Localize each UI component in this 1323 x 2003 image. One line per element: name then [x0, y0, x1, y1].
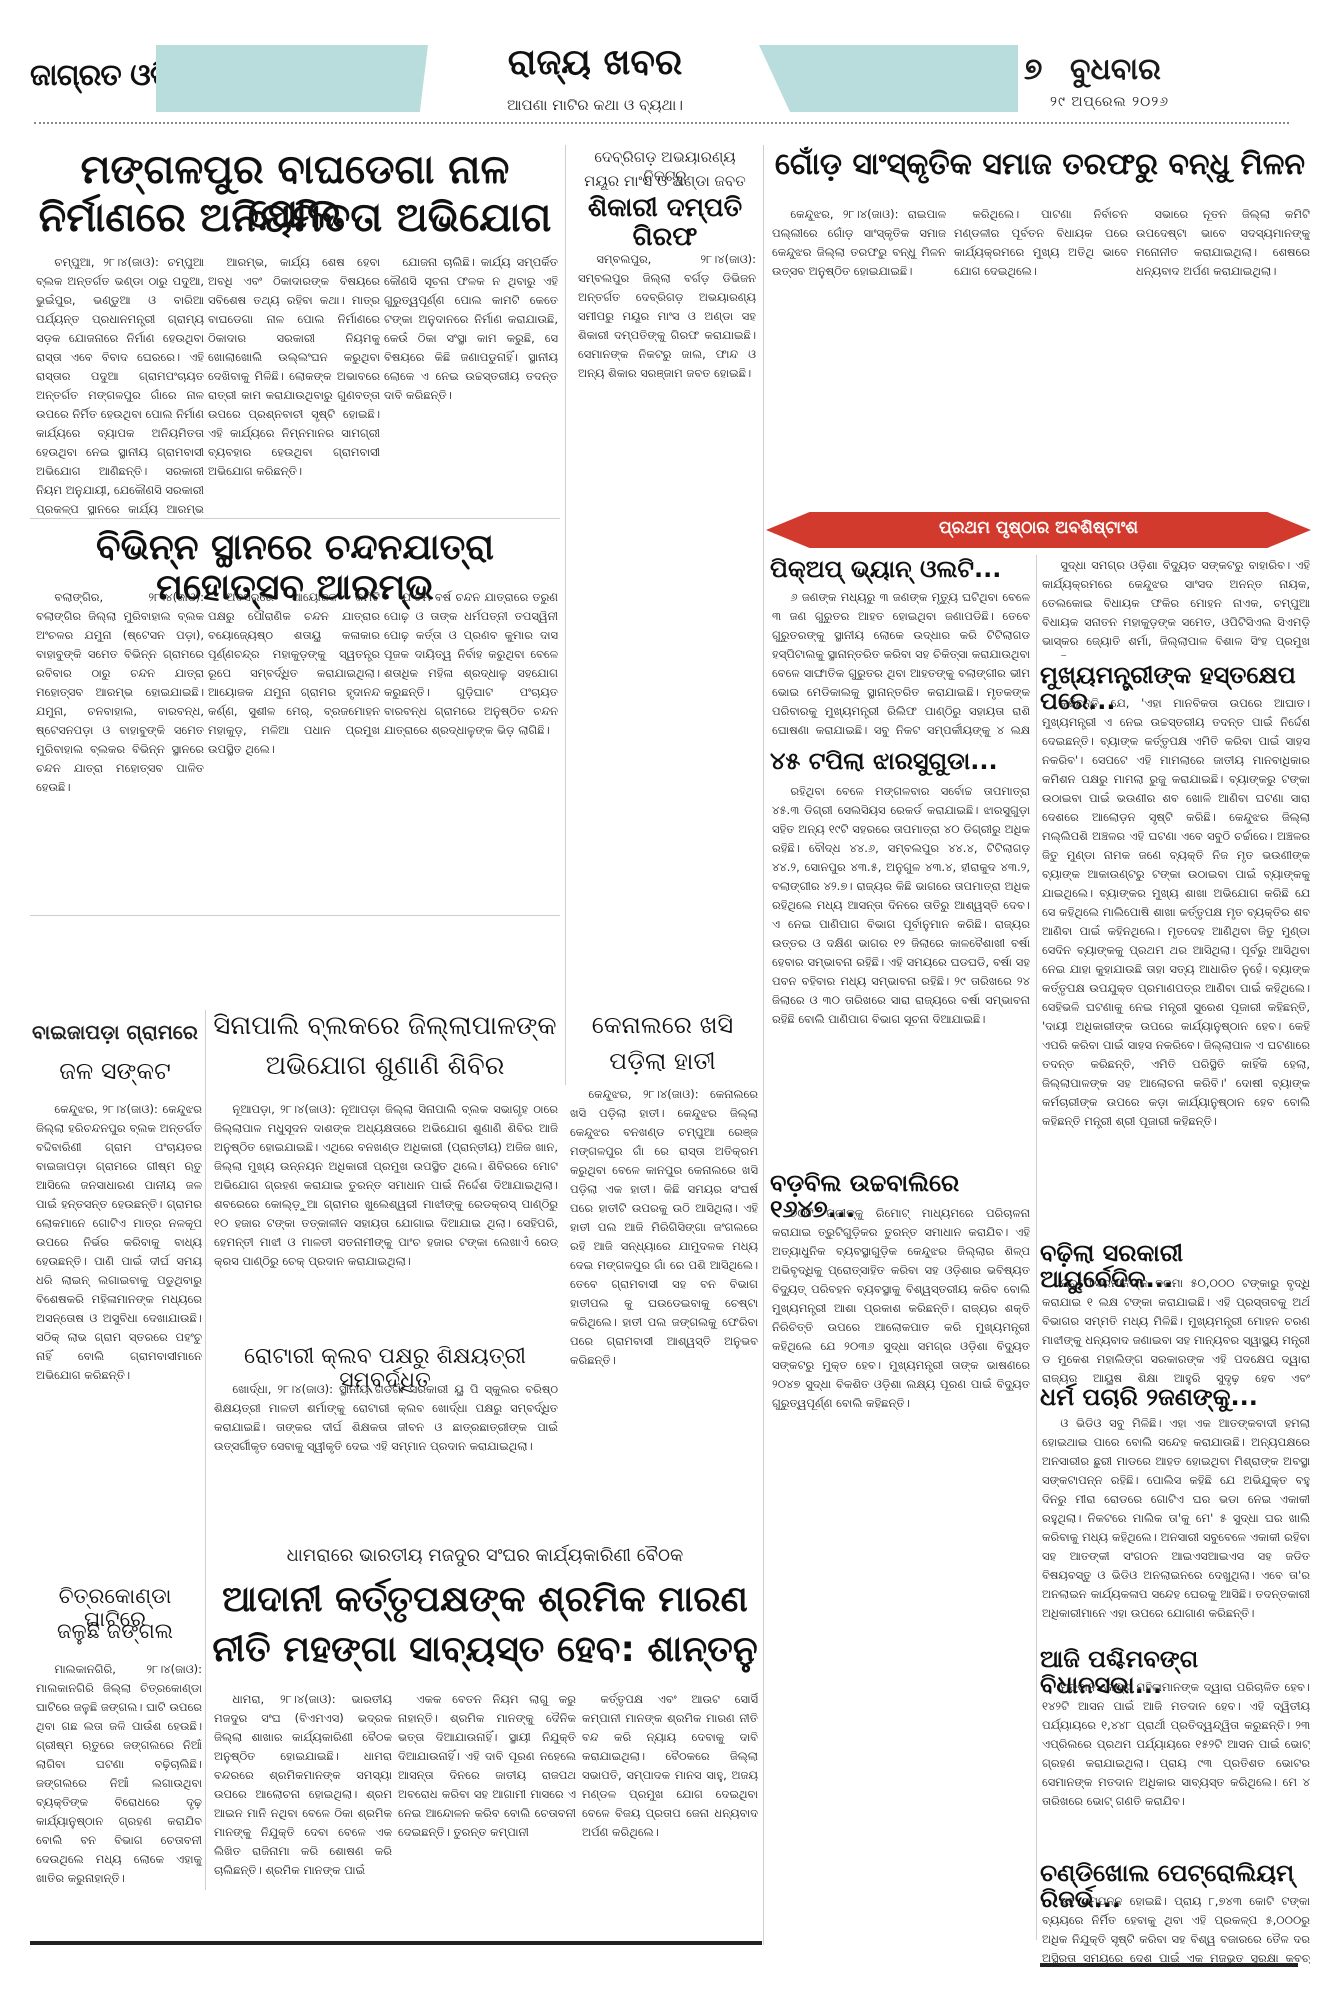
continued-title-religion-attack: ଧର୍ମ ପଚାରି ୨ଜଣଙ୍କୁ...	[1040, 1384, 1312, 1410]
continued-body-barbil: ୭୦ଟି ଗ୍ରୀଡ୍‌କୁ ରିମୋଟ୍ ମାଧ୍ୟମରେ ପରିଚାଳନା …	[772, 1204, 1030, 1939]
article-body-col-2: କରିଥିଲେ। ପାଟଣା ନିର୍ବାଚନ ମଣ୍ଡଳୀର ପୂର୍ବତନ …	[954, 205, 1128, 505]
continued-body-barbil-end: ସୁଦ୍ଧା ସମଗ୍ର ଓଡ଼ିଶା ବିଦ୍ୟୁତ ସଙ୍କଟରୁ ବାହା…	[1042, 556, 1310, 656]
article-body: ଖୋର୍ଦ୍ଧା, ୨୮।୪(ଜାଓ): ସ୍ଥାନୀୟ ଗଡଗାଁ ସରକାର…	[214, 1380, 558, 1530]
column-divider	[763, 145, 764, 505]
article-body-col-1: ବଲାଙ୍ଗିର, ୨୮।୪(ଜାଓ): ବଲାଙ୍ଗିର ଜିଲ୍ଲା ମୁର…	[36, 588, 204, 908]
article-body-col-3: କର୍ତ୍ତୃପକ୍ଷ ଏବଂ ଆଉଟ ସୋର୍ସି କମ୍ପାନୀ ମାନଙ୍…	[582, 1690, 758, 1940]
article-body-col-2: ଆରମ୍ଭ, କାର୍ଯ୍ୟ ଶେଷ ହେବା ଅବଧି ଏବଂ ଠିକାଦାର…	[208, 253, 380, 515]
article-body: ନୂଆପଡ଼ା, ୨୮।୪(ଜାଓ): ନୂଆପଡ଼ା ଜିଲ୍ଲା ସିନାପ…	[214, 1100, 558, 1380]
headline: ଶିକାରୀ ଦମ୍ପତି ଗିରଫ	[572, 194, 758, 251]
section-divider	[30, 518, 560, 519]
headline-line-2: ଜଳୁଛି ଜଙ୍ଗଲ	[30, 1620, 200, 1643]
front-page-continued-ribbon: ପ୍ରଥମ ପୃଷ୍ଠାର ଅବଶିଷ୍ଟାଂଶ	[766, 512, 1311, 548]
masthead-divider	[34, 122, 1289, 124]
section-divider	[30, 915, 560, 916]
article-body-col-3: ସଭାରେ ନୂତନ ଜିଲ୍ଲା କମିଟି ଉପଦେଷ୍ଟା ଭାବେ ସଦ…	[1136, 205, 1310, 505]
headline-line-2: ନୀତି ମହଙ୍ଗା ସାବ୍ୟସ୍ତ ହେବ: ଶାନ୍ତନୁ	[210, 1630, 760, 1670]
ribbon-label: ପ୍ରଥମ ପୃଷ୍ଠାର ଅବଶିଷ୍ଟାଂଶ	[766, 518, 1311, 538]
weekday: ବୁଧବାର	[1070, 52, 1161, 87]
page-bottom-rule-left	[30, 1941, 762, 1945]
column-divider	[205, 1010, 206, 1890]
article-body-col-3: ପଂଚମ ବର୍ଷ ଚନ୍ଦନ ଯାତ୍ରାରେ ତରୁଣ ପୋଢ଼ ଓ ତାଙ…	[384, 588, 558, 908]
kicker: ବାଇଜାପଡ଼ା ଗ୍ରାମରେ	[30, 1020, 200, 1045]
page-number: ୭	[1024, 52, 1042, 87]
continued-body-religion-attack: ଓ ଭିଡିଓ ସବୁ ମିଳିଛି। ଏହା ଏକ ଆତଙ୍କବାଦୀ ହମଲ…	[1042, 1414, 1310, 1639]
article-body: କେନ୍ଦୁଝର, ୨୮।୪(ଜାଓ): କେନାଲରେ ଖସି ପଡ଼ିଲା …	[570, 1085, 758, 1530]
column-divider	[565, 145, 566, 1085]
kicker-line-2: ମୟୂର ମାଂସ ଓ ଅଣ୍ଡା ଜବତ	[575, 172, 755, 191]
article-body-col-1: ଧାମରା, ୨୮।୪(ଜାଓ): ଭାରତୀୟ ମଜଦୁର ସଂଘ (ବିଏମ…	[214, 1690, 392, 1940]
article-body: ମାଲକାନଗିରି, ୨୮।୪(ଜାଓ): ମାଲକାନଗିରି ଜିଲ୍ଲା…	[36, 1660, 202, 1940]
article-body: ସମ୍ବଲପୁର, ୨୮।୪(ଜାଓ): ସମ୍ବଲପୁର ଜିଲ୍ଲା ବର୍…	[578, 250, 756, 1000]
headline-line-1: ସିନାପାଲି ବ୍ଲକରେ ଜିଲ୍ଲାପାଳଙ୍କ	[210, 1012, 560, 1041]
section-tagline: ଆପଣା ମାଟିର କଥା ଓ ବ୍ୟଥା।	[430, 96, 760, 114]
article-body: କେନ୍ଦୁଝର, ୨୮।୪(ଜାଓ): କେନ୍ଦୁଝର ଜିଲ୍ଲା ହରି…	[36, 1100, 202, 1540]
article-body-col-2: ଏକକ ବେତନ ନିୟମ ଲାଗୁ କରୁ ନାହାନ୍ତି। ଶ୍ରମିକ …	[398, 1690, 576, 1940]
continued-body-pickup: ୬ ଜଣଙ୍କ ମଧ୍ୟରୁ ୩ ଜଣଙ୍କ ମୃତ୍ୟୁ ଘଟିଥିବା ବେ…	[772, 588, 1030, 738]
issue-date: ୨୯ ଅପ୍ରେଲ ୨୦୨୬	[1050, 94, 1169, 110]
decorative-band-right	[759, 45, 1018, 112]
article-body-col-1: କେନ୍ଦୁଝର, ୨୮।୪(ଜାଓ): ରାଇପାଳ ପଲ୍ଲୀରେ ଗୋଁଡ…	[772, 205, 946, 505]
column-divider	[763, 505, 764, 1945]
headline: ଗୋଁଡ଼ ସାଂସ୍କୃତିକ ସମାଜ ତରଫରୁ ବନ୍ଧୁ ମିଳନ	[770, 148, 1310, 181]
column-divider	[1036, 555, 1037, 1940]
headline-line-1: ଆଦାନୀ କର୍ତ୍ତୃପକ୍ଷଙ୍କ ଶ୍ରମିକ ମାରଣ	[210, 1580, 760, 1620]
decorative-band-left	[156, 45, 428, 112]
article-body-col-3: ଯୋଜନା ଚାଲିଛି। କାର୍ଯ୍ୟ ସମ୍ପର୍କିତ କୌଣସି ସୂ…	[384, 253, 558, 515]
kicker: ଧାମରାରେ ଭାରତୀୟ ମଜଦୁର ସଂଘର କାର୍ଯ୍ୟକାରିଣୀ …	[210, 1545, 760, 1568]
continued-body-cm-intervention: କହିଛନ୍ତି ଯେ, 'ଏହା ମାନବିକତା ଉପରେ ଆଘାତ। ମୁ…	[1042, 694, 1310, 1234]
article-body-col-1: ଚମ୍ପୁଆ, ୨୮।୪(ଜାଓ): ଚମ୍ପୁଆ ବ୍ଲକ ଅନ୍ତର୍ଗତ …	[36, 253, 204, 515]
continued-title-jharsuguda: ୪୫ ଟପିଲା ଝାରସୁଗୁଡା...	[770, 748, 1030, 774]
page-bottom-rule-right	[1040, 1963, 1298, 1967]
continued-body-jharsuguda: ରହିଥିବା ବେଳେ ମଙ୍ଗଳବାର ସର୍ବୋଚ୍ଚ ତାପମାତ୍ରା…	[772, 782, 1030, 1162]
headline-line-2: ପଡ଼ିଲା ହାତୀ	[565, 1048, 760, 1074]
article-body-col-2: ଅବସରରେ ଆୟୋଜକ କମିଟି ପକ୍ଷରୁ ପୌରାଣିକ ଚନ୍ଦନ …	[208, 588, 380, 908]
masthead: ଜାଗ୍ରତ ଓଡ଼ିଶା ରାଜ୍ୟ ଖବର ଆପଣା ମାଟିର କଥା ଓ…	[0, 0, 1323, 125]
section-title: ରାଜ୍ୟ ଖବର	[430, 42, 760, 84]
continued-body-chandikhol: ସହ ସମ୍ପନ୍ନ ହୋଇଛି। ପ୍ରାୟ ୮,୭୪୩ କୋଟି ଟଙ୍କା…	[1042, 1892, 1310, 1968]
headline-line-1: କେନାଲରେ ଖସି	[565, 1012, 760, 1038]
headline-line-2: ନିର୍ମାଣରେ ଅନିୟମିତତା ଅଭିଯୋଗ	[30, 196, 560, 240]
headline-line-2: ଅଭିଯୋଗ ଶୁଣାଣି ଶିବିର	[210, 1052, 560, 1081]
continued-body-west-bengal: ମତଦାନ କେନ୍ଦ୍ର ମହିଳାମାନଙ୍କ ଦ୍ୱାରା ପରିଚାଳି…	[1042, 1678, 1310, 1853]
continued-title-pickup: ପିକ୍‌ଅପ୍ ଭ୍ୟାନ୍ ଓଲଟି...	[770, 556, 1030, 582]
continued-body-ayurvedic: ପ୍ରଫେସରମାନଙ୍କ ଦରମା ୫୦,୦୦୦ ଟଙ୍କାରୁ ବୃଦ୍ଧି…	[1042, 1274, 1310, 1392]
headline: ଜଳ ସଙ୍କଟ	[30, 1058, 200, 1084]
